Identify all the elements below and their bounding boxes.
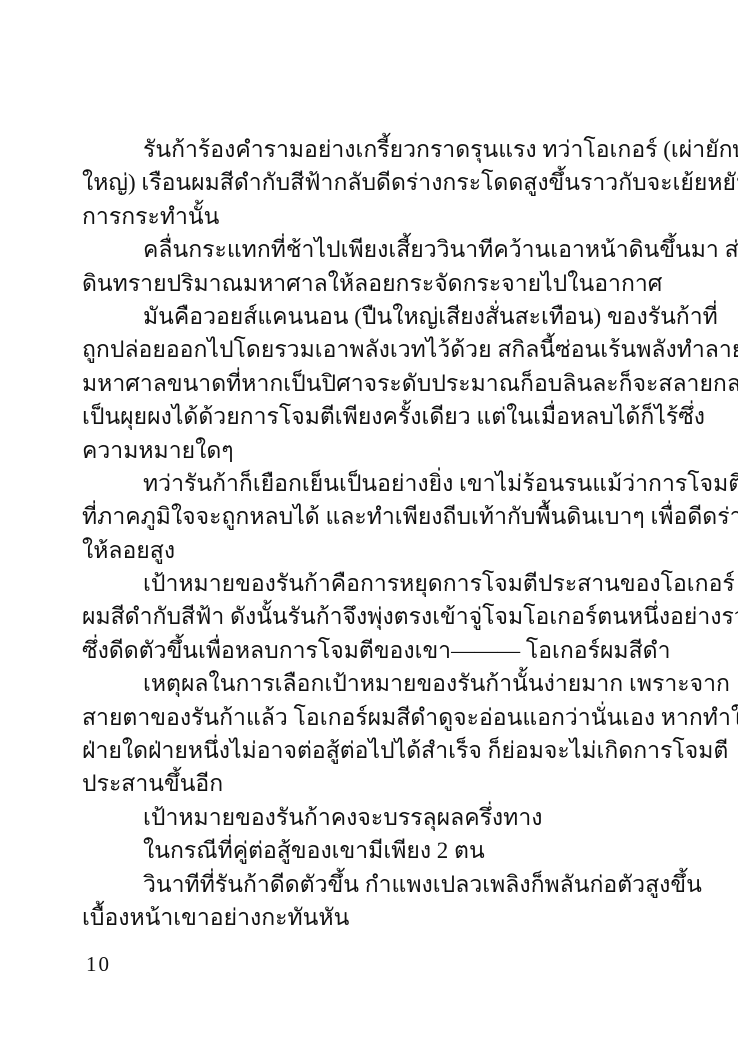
text-line: ทว่ารันก้าก็เยือกเย็นเป็นอย่างยิ่ง เขาไม… — [82, 467, 652, 500]
paragraph: เหตุผลในการเลือกเป้าหมายของรันก้านั้นง่า… — [82, 667, 652, 801]
text-line: ผมสีดำกับสีฟ้า ดังนั้นรันก้าจึงพุ่งตรงเข… — [82, 600, 652, 633]
text-line: รันก้าร้องคำรามอย่างเกรี้ยวกราดรุนแรง ทว… — [82, 133, 652, 166]
page-number: 10 — [86, 952, 111, 977]
book-page: รันก้าร้องคำรามอย่างเกรี้ยวกราดรุนแรง ทว… — [0, 0, 738, 1051]
text-line: เป้าหมายของรันก้าคือการหยุดการโจมตีประสา… — [82, 567, 652, 600]
text-line: เหตุผลในการเลือกเป้าหมายของรันก้านั้นง่า… — [82, 667, 652, 700]
text-line: ซึ่งดีดตัวขึ้นเพื่อหลบการโจมตีของเขา——— … — [82, 634, 652, 667]
text-line: ให้ลอยสูง — [82, 534, 652, 567]
text-line: ดินทรายปริมาณมหาศาลให้ลอยกระจัดกระจายไปใ… — [82, 267, 652, 300]
paragraph: มันคือวอยส์แคนนอน (ปืนใหญ่เสียงสั่นสะเทื… — [82, 300, 652, 467]
paragraph: เป้าหมายของรันก้าคงจะบรรลุผลครึ่งทาง — [82, 801, 652, 834]
text-line: ใหญ่) เรือนผมสีดำกับสีฟ้ากลับดีดร่างกระโ… — [82, 166, 652, 199]
paragraph: ทว่ารันก้าก็เยือกเย็นเป็นอย่างยิ่ง เขาไม… — [82, 467, 652, 567]
text-line: ในกรณีที่คู่ต่อสู้ของเขามีเพียง 2 ตน — [82, 834, 652, 867]
text-line: ประสานขึ้นอีก — [82, 767, 652, 800]
text-line: มหาศาลขนาดที่หากเป็นปิศาจระดับประมาณก็อบ… — [82, 367, 652, 400]
text-line: ความหมายใดๆ — [82, 434, 652, 467]
text-line: เป็นผุยผงได้ด้วยการโจมตีเพียงครั้งเดียว … — [82, 400, 652, 433]
paragraph: คลื่นกระแทกที่ช้าไปเพียงเสี้ยววินาทีคว้า… — [82, 233, 652, 300]
paragraph: วินาทีที่รันก้าดีดตัวขึ้น กำแพงเปลวเพลิง… — [82, 868, 652, 935]
text-line: วินาทีที่รันก้าดีดตัวขึ้น กำแพงเปลวเพลิง… — [82, 868, 652, 901]
text-line: ถูกปล่อยออกไปโดยรวมเอาพลังเวทไว้ด้วย สกิ… — [82, 333, 652, 366]
text-line: สายตาของรันก้าแล้ว โอเกอร์ผมสีดำดูจะอ่อน… — [82, 701, 652, 734]
paragraph: ในกรณีที่คู่ต่อสู้ของเขามีเพียง 2 ตน — [82, 834, 652, 867]
text-block: รันก้าร้องคำรามอย่างเกรี้ยวกราดรุนแรง ทว… — [82, 133, 652, 934]
paragraph: เป้าหมายของรันก้าคือการหยุดการโจมตีประสา… — [82, 567, 652, 667]
text-line: เบื้องหน้าเขาอย่างกะทันหัน — [82, 901, 652, 934]
text-line: มันคือวอยส์แคนนอน (ปืนใหญ่เสียงสั่นสะเทื… — [82, 300, 652, 333]
paragraph: รันก้าร้องคำรามอย่างเกรี้ยวกราดรุนแรง ทว… — [82, 133, 652, 233]
text-line: คลื่นกระแทกที่ช้าไปเพียงเสี้ยววินาทีคว้า… — [82, 233, 652, 266]
text-line: ฝ่ายใดฝ่ายหนึ่งไม่อาจต่อสู้ต่อไปได้สำเร็… — [82, 734, 652, 767]
text-line: การกระทำนั้น — [82, 200, 652, 233]
text-line: เป้าหมายของรันก้าคงจะบรรลุผลครึ่งทาง — [82, 801, 652, 834]
text-line: ที่ภาคภูมิใจจะถูกหลบได้ และทำเพียงถีบเท้… — [82, 500, 652, 533]
